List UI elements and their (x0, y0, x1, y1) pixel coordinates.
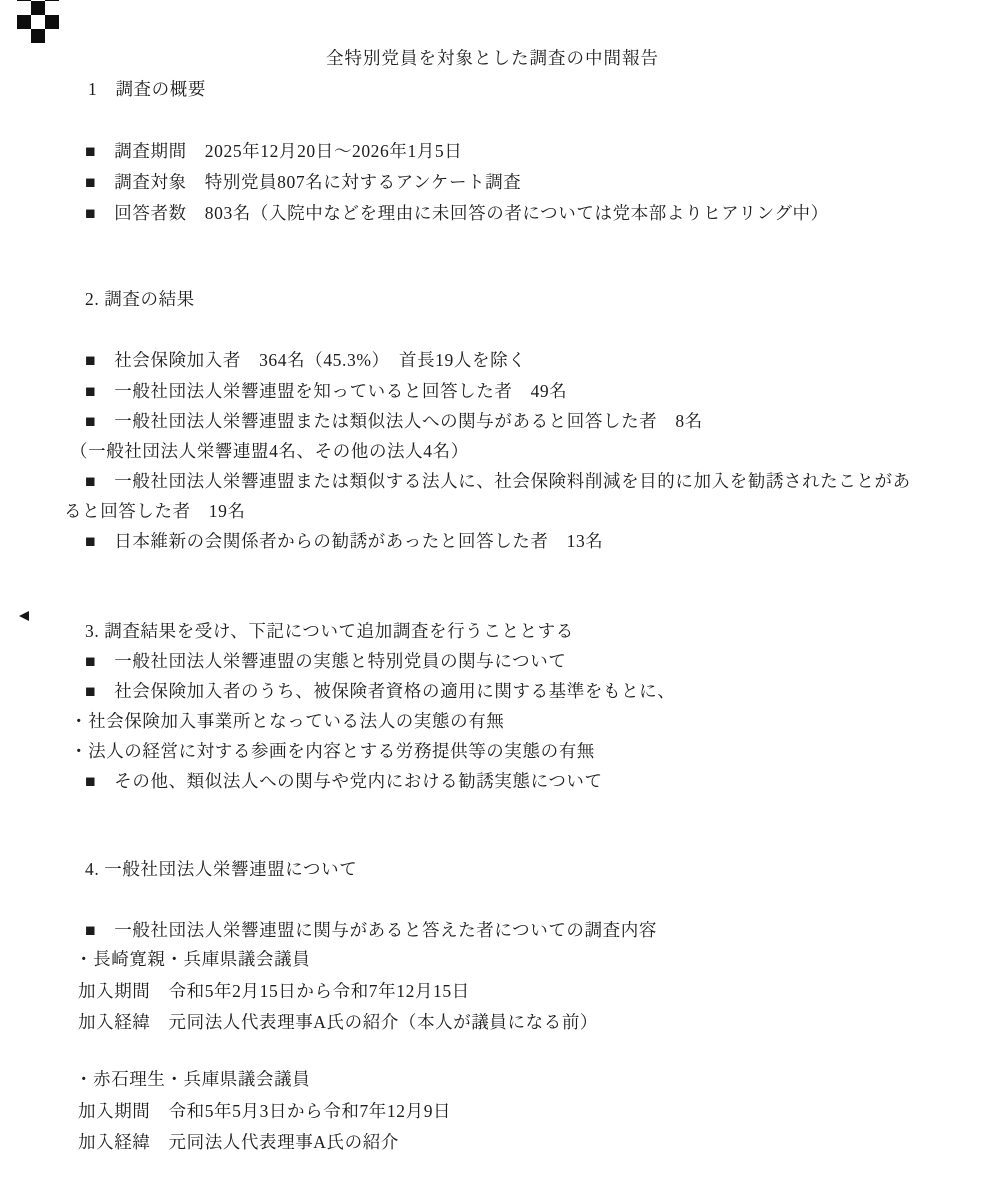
insured-count-line: ■ 社会保険加入者 364名（45.3%） 首長19人を除く (85, 349, 526, 371)
survey-period-line: ■ 調査期間 2025年12月20日～2026年1月5日 (85, 140, 462, 162)
member2-background-line: 加入経緯 元同法人代表理事A氏の紹介 (78, 1131, 399, 1153)
investigation-content-line: ■ 一般社団法人栄響連盟に関与があると答えた者についての調査内容 (85, 919, 657, 941)
office-reality-item-line: ・社会保険加入事業所となっている法人の実態の有無 (70, 710, 504, 732)
solicited-line-1: ■ 一般社団法人栄響連盟または類似する法人に、社会保険料削減を目的に加入を勧誘さ… (85, 470, 911, 492)
actual-state-item-line: ■ 一般社団法人栄響連盟の実態と特別党員の関与について (85, 650, 566, 672)
member2-period-line: 加入期間 令和5年5月3日から令和7年12月9日 (78, 1100, 451, 1122)
aware-count-line: ■ 一般社団法人栄響連盟を知っていると回答した者 49名 (85, 380, 567, 402)
section-3-heading: 3. 調査結果を受け、下記について追加調査を行うこととする (85, 620, 574, 642)
member2-name-line: ・赤石理生・兵庫県議会議員 (75, 1068, 310, 1090)
scanned-document-page: 全特別党員を対象とした調査の中間報告 1 調査の概要 ■ 調査期間 2025年1… (0, 0, 985, 1199)
document-title: 全特別党員を対象とした調査の中間報告 (0, 47, 985, 69)
involvement-count-line: ■ 一般社団法人栄響連盟または類似法人への関与があると回答した者 8名 (85, 410, 703, 432)
ishin-solicited-line: ■ 日本維新の会関係者からの勧誘があったと回答した者 13名 (85, 530, 603, 552)
involvement-breakdown-line: （一般社団法人栄響連盟4名、その他の法人4名） (70, 440, 469, 462)
other-involvement-item-line: ■ その他、類似法人への関与や党内における勧誘実態について (85, 770, 603, 792)
respondent-count-line: ■ 回答者数 803名（入院中などを理由に未回答の者については党本部よりヒアリン… (85, 202, 829, 224)
member1-period-line: 加入期間 令和5年2月15日から令和7年12月15日 (78, 980, 470, 1002)
member1-name-line: ・長崎寛親・兵庫県議会議員 (75, 948, 310, 970)
section-4-heading: 4. 一般社団法人栄響連盟について (85, 858, 357, 880)
section-1-heading: 1 調査の概要 (88, 78, 206, 100)
checker-registration-mark-icon (17, 0, 59, 43)
solicited-line-2: ると回答した者 19名 (64, 500, 246, 522)
labor-reality-item-line: ・法人の経営に対する参画を内容とする労務提供等の実態の有無 (70, 740, 595, 762)
section-2-heading: 2. 調査の結果 (85, 288, 195, 310)
left-triangle-marker-icon (19, 611, 29, 621)
member1-background-line: 加入経緯 元同法人代表理事A氏の紹介（本人が議員になる前） (78, 1011, 598, 1033)
survey-target-line: ■ 調査対象 特別党員807名に対するアンケート調査 (85, 171, 521, 193)
insured-criteria-item-line: ■ 社会保険加入者のうち、被保険者資格の適用に関する基準をもとに、 (85, 680, 675, 702)
